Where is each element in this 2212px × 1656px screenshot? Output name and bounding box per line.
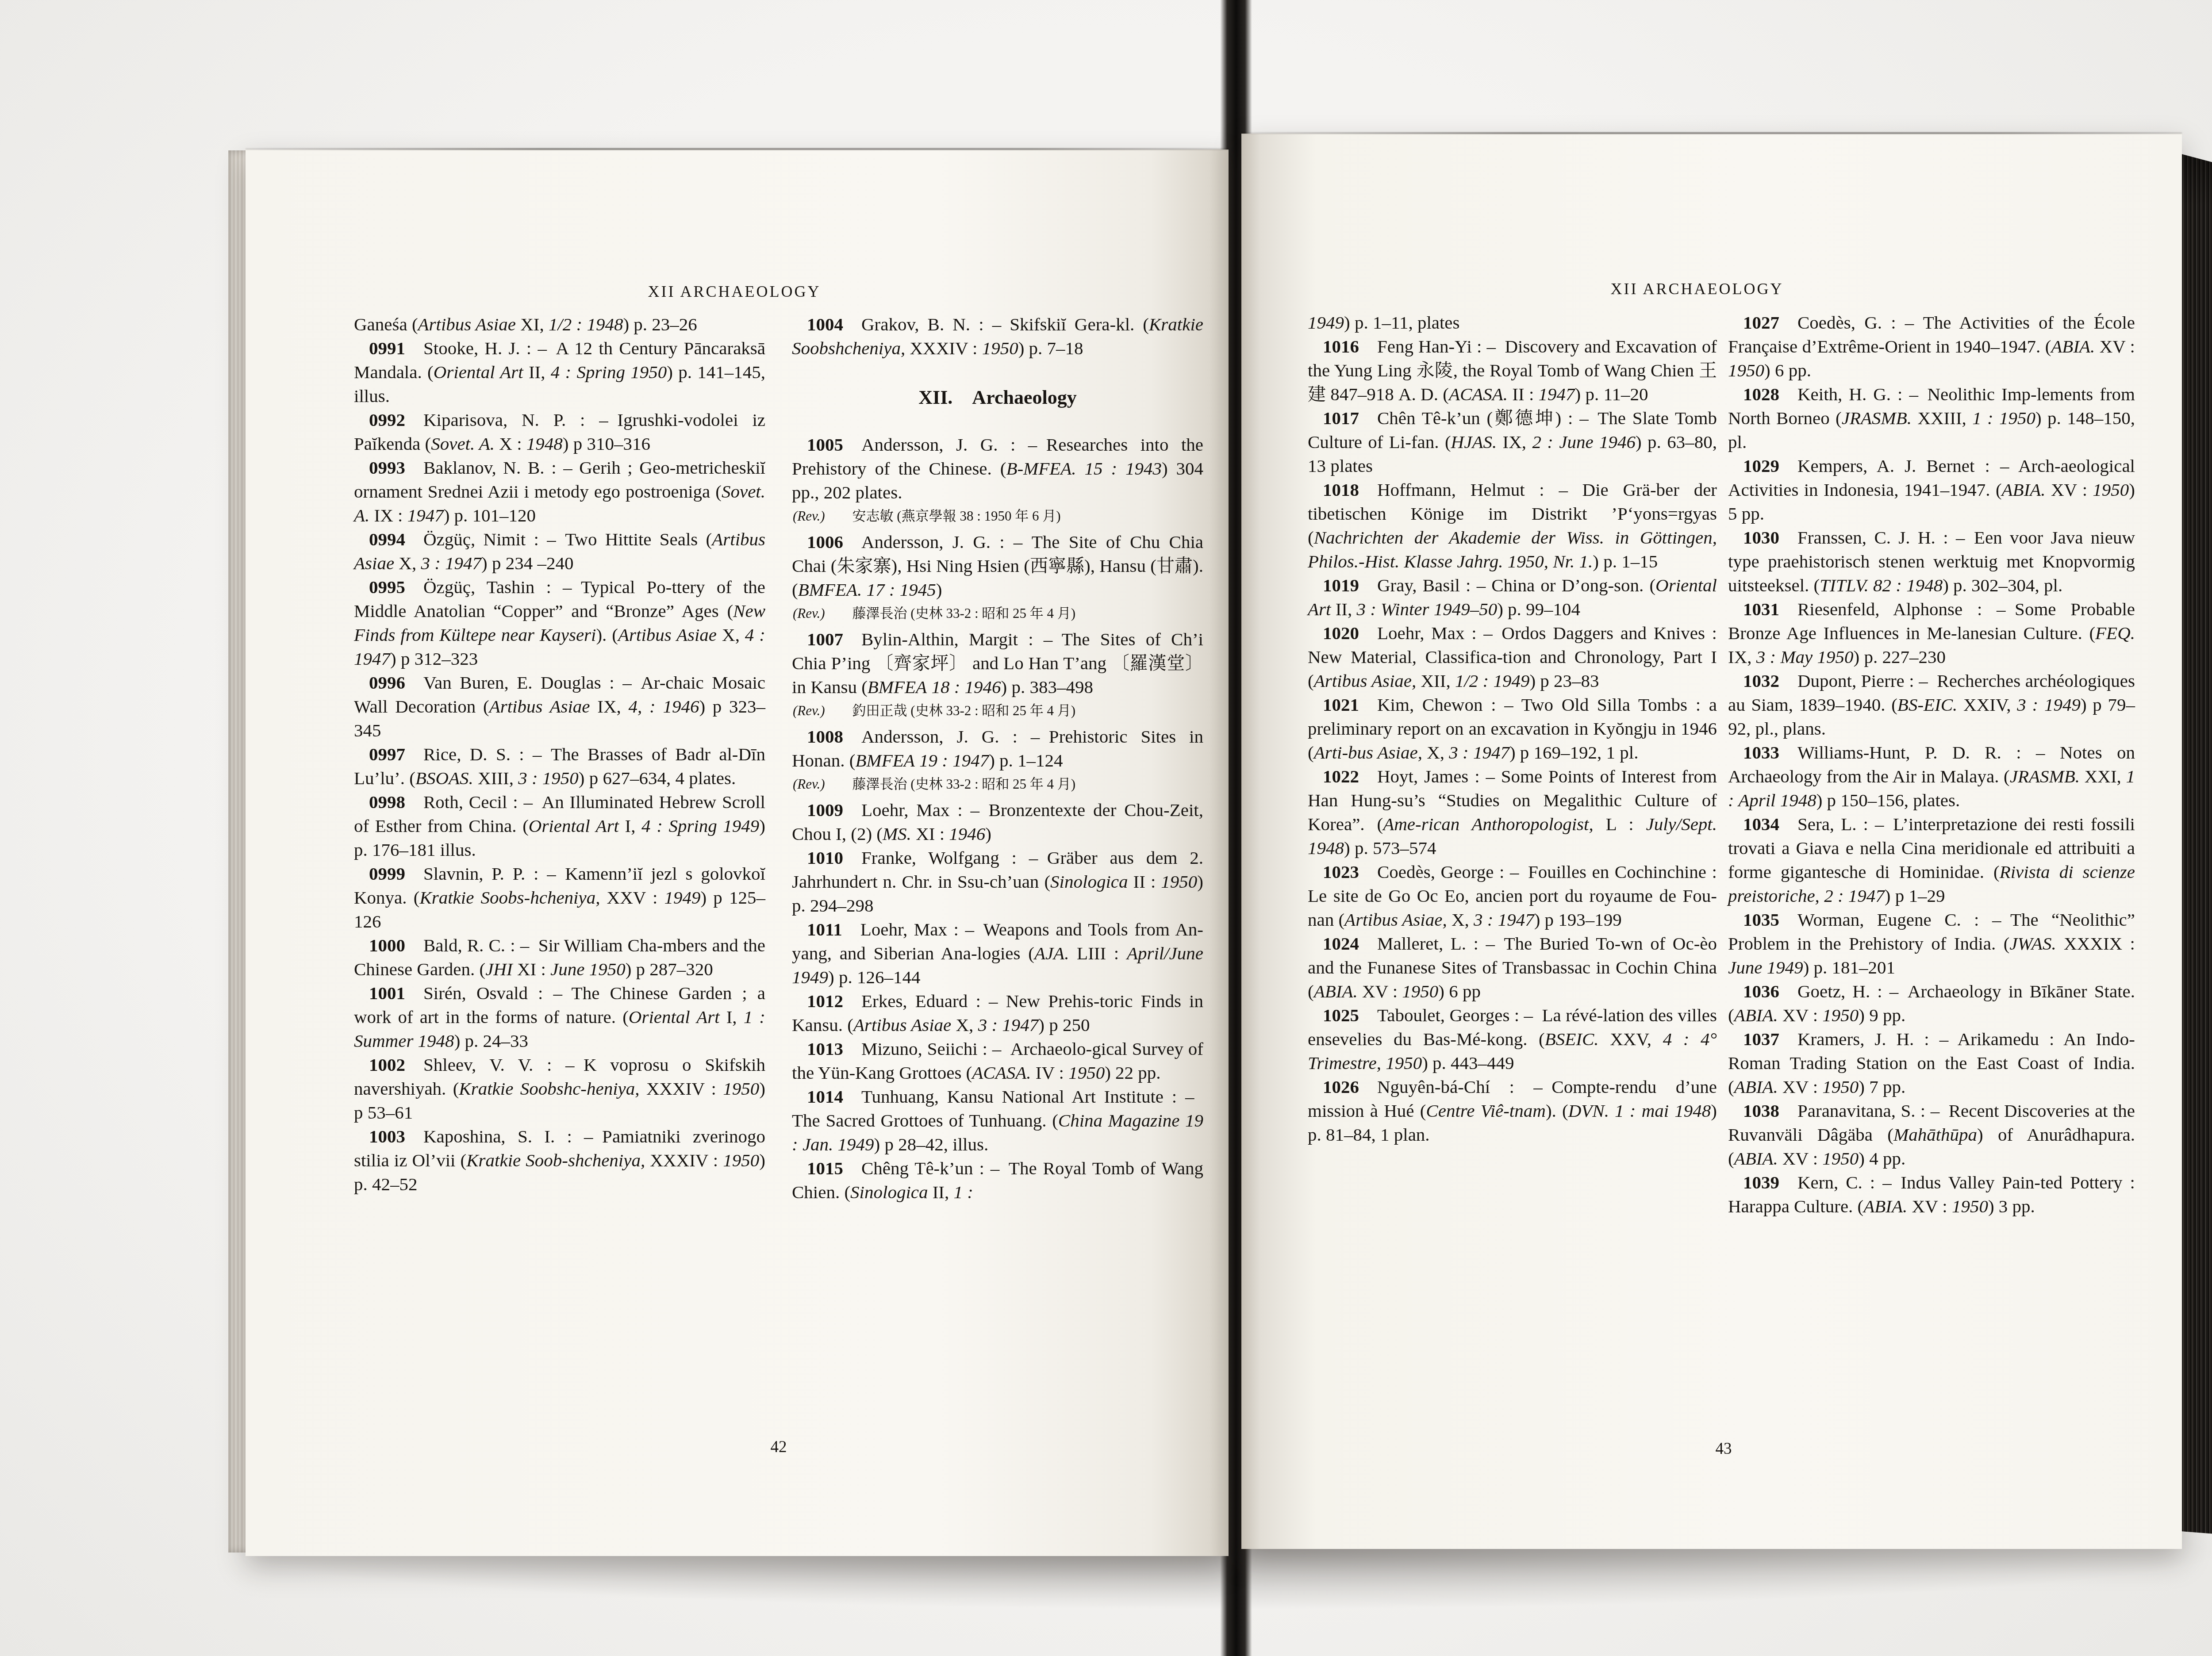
bibliography-entry: 1036 Goetz, H. : – Archaeology in Bīkāne… xyxy=(1728,979,2135,1027)
bibliography-entry: 1009 Loehr, Max : – Bronzentexte der Cho… xyxy=(792,798,1203,846)
page-block-fore-edge xyxy=(2181,154,2212,1536)
bibliography-entry: 0997 Rice, D. S. : – The Brasses of Badr… xyxy=(354,742,765,790)
bibliography-entry: 0995 Özgüç, Tashin : – Typical Po-ttery … xyxy=(354,575,765,671)
bibliography-entry: 0992 Kiparisova, N. P. : – Igrushki-vodo… xyxy=(354,408,765,456)
review-note: (Rev.) 藤澤長治 (史林 33-2 : 昭和 25 年 4 月) xyxy=(792,603,1203,624)
bibliography-entry: 1027 Coedès, G. : – The Activities of th… xyxy=(1728,310,2135,382)
bibliography-entry: 0998 Roth, Cecil : – An Illuminated Hebr… xyxy=(354,790,765,862)
bibliography-entry: 0996 Van Buren, E. Douglas : – Ar-chaic … xyxy=(354,671,765,742)
bibliography-entry: 1038 Paranavitana, S. : – Recent Discove… xyxy=(1728,1099,2135,1170)
bibliography-entry: 1011 Loehr, Max : – Weapons and Tools fr… xyxy=(792,917,1203,989)
bibliography-entry: 1017 Chên Tê-k’un (鄭德坤) : – The Slate To… xyxy=(1308,406,1717,478)
bibliography-entry: 1026 Nguyên-bá-Chí : – Compte-rendu d’un… xyxy=(1308,1075,1717,1146)
review-note: (Rev.) 藤澤長治 (史林 33-2 : 昭和 25 年 4 月) xyxy=(792,774,1203,794)
bibliography-entry: 1008 Andersson, J. G. : – Prehistoric Si… xyxy=(792,724,1203,772)
running-head-right: XII ARCHAEOLOGY xyxy=(1277,280,2117,298)
bibliography-entry: 1022 Hoyt, James : – Some Points of Inte… xyxy=(1308,764,1717,860)
section-heading: XII. Archaeology xyxy=(792,386,1203,410)
bibliography-entry: 1000 Bald, R. C. : – Sir William Cha-mbe… xyxy=(354,933,765,981)
bibliography-entry: 1010 Franke, Wolfgang : – Gräber aus dem… xyxy=(792,846,1203,917)
left-page: XII ARCHAEOLOGY Ganeśa (Artibus Asiae XI… xyxy=(246,149,1229,1556)
right-page-column-2: 1027 Coedès, G. : – The Activities of th… xyxy=(1728,310,2135,1218)
bibliography-entry: 0991 Stooke, H. J. : – A 12 th Century P… xyxy=(354,336,765,408)
bibliography-entry: 1003 Kaposhina, S. I. : – Pamiatniki zve… xyxy=(354,1124,765,1196)
bibliography-entry: 1020 Loehr, Max : – Ordos Daggers and Kn… xyxy=(1308,621,1717,693)
bibliography-entry: 1019 Gray, Basil : – China or D’ong-son.… xyxy=(1308,573,1717,621)
photo-of-open-book: { "colors": { "paper": "#f9f7f2", "ink":… xyxy=(0,0,2212,1656)
page-number-right: 43 xyxy=(1308,1439,2139,1458)
left-page-column-2: 1004 Grakov, B. N. : – Skifskiĭ Gera-kl.… xyxy=(792,312,1203,1204)
bibliography-entry: 1030 Franssen, C. J. H. : – Een voor Jav… xyxy=(1728,525,2135,597)
bibliography-entry: 1024 Malleret, L. : – The Buried To-wn o… xyxy=(1308,931,1717,1003)
bibliography-entry: 1034 Sera, L. : – L’interpretazione dei … xyxy=(1728,812,2135,908)
bibliography-entry: 1028 Keith, H. G. : – Neolithic Imp-leme… xyxy=(1728,382,2135,454)
bibliography-entry: 1023 Coedès, George : – Fouilles en Coch… xyxy=(1308,860,1717,931)
bibliography-entry: 1014 Tunhuang, Kansu National Art Instit… xyxy=(792,1085,1203,1156)
bibliography-entry: 1001 Sirén, Osvald : – The Chinese Garde… xyxy=(354,981,765,1053)
bibliography-entry: 1018 Hoffmann, Helmut : – Die Grä-ber de… xyxy=(1308,478,1717,573)
review-note: (Rev.) 釣田正哉 (史林 33-2 : 昭和 25 年 4 月) xyxy=(792,701,1203,721)
bibliography-entry: 1031 Riesenfeld, Alphonse : – Some Proba… xyxy=(1728,597,2135,669)
entry-continuation: 1949) p. 1–11, plates xyxy=(1308,310,1717,334)
bibliography-entry: 0993 Baklanov, N. B. : – Gerih ; Geo-met… xyxy=(354,456,765,527)
bibliography-entry: 1013 Mizuno, Seiichi : – Archaeolo-gical… xyxy=(792,1037,1203,1085)
page-number-left: 42 xyxy=(354,1437,1203,1457)
bibliography-entry: 1021 Kim, Chewon : – Two Old Silla Tombs… xyxy=(1308,693,1717,764)
bibliography-entry: 1029 Kempers, A. J. Bernet : – Arch-aeol… xyxy=(1728,454,2135,525)
right-page-column-1: 1949) p. 1–11, plates1016 Feng Han-Yi : … xyxy=(1308,310,1717,1146)
bibliography-entry: 0999 Slavnin, P. P. : – Kamenn’iĭ jezl s… xyxy=(354,862,765,933)
bibliography-entry: 1006 Andersson, J. G. : – The Site of Ch… xyxy=(792,530,1203,602)
bibliography-entry: 1032 Dupont, Pierre : – Recherches arché… xyxy=(1728,669,2135,740)
bibliography-entry: 1037 Kramers, J. H. : – Arikamedu : An I… xyxy=(1728,1027,2135,1099)
bibliography-entry: 1015 Chêng Tê-k’un : – The Royal Tomb of… xyxy=(792,1156,1203,1204)
bibliography-entry: 1007 Bylin-Althin, Margit : – The Sites … xyxy=(792,627,1203,699)
bibliography-entry: 1002 Shleev, V. V. : – K voprosu o Skifs… xyxy=(354,1053,765,1124)
running-head-left: XII ARCHAEOLOGY xyxy=(312,282,1157,301)
bibliography-entry: 1005 Andersson, J. G. : – Researches int… xyxy=(792,433,1203,504)
bibliography-entry: 1033 Williams-Hunt, P. D. R. : – Notes o… xyxy=(1728,740,2135,812)
bibliography-entry: 1012 Erkes, Eduard : – New Prehis-toric … xyxy=(792,989,1203,1037)
bibliography-entry: 1004 Grakov, B. N. : – Skifskiĭ Gera-kl.… xyxy=(792,312,1203,360)
bibliography-entry: 1039 Kern, C. : – Indus Valley Pain-ted … xyxy=(1728,1170,2135,1218)
bibliography-entry: 1035 Worman, Eugene C. : – The “Neolithi… xyxy=(1728,908,2135,979)
entry-continuation: Ganeśa (Artibus Asiae XI, 1/2 : 1948) p.… xyxy=(354,312,765,336)
left-page-column-1: Ganeśa (Artibus Asiae XI, 1/2 : 1948) p.… xyxy=(354,312,765,1196)
bibliography-entry: 0994 Özgüç, Nimit : – Two Hittite Seals … xyxy=(354,527,765,575)
bibliography-entry: 1025 Taboulet, Georges : – La révé-latio… xyxy=(1308,1003,1717,1075)
right-page: XII ARCHAEOLOGY 1949) p. 1–11, plates101… xyxy=(1241,134,2182,1549)
bibliography-entry: 1016 Feng Han-Yi : – Discovery and Excav… xyxy=(1308,334,1717,406)
review-note: (Rev.) 安志敏 (燕京學報 38 : 1950 年 6 月) xyxy=(792,506,1203,526)
